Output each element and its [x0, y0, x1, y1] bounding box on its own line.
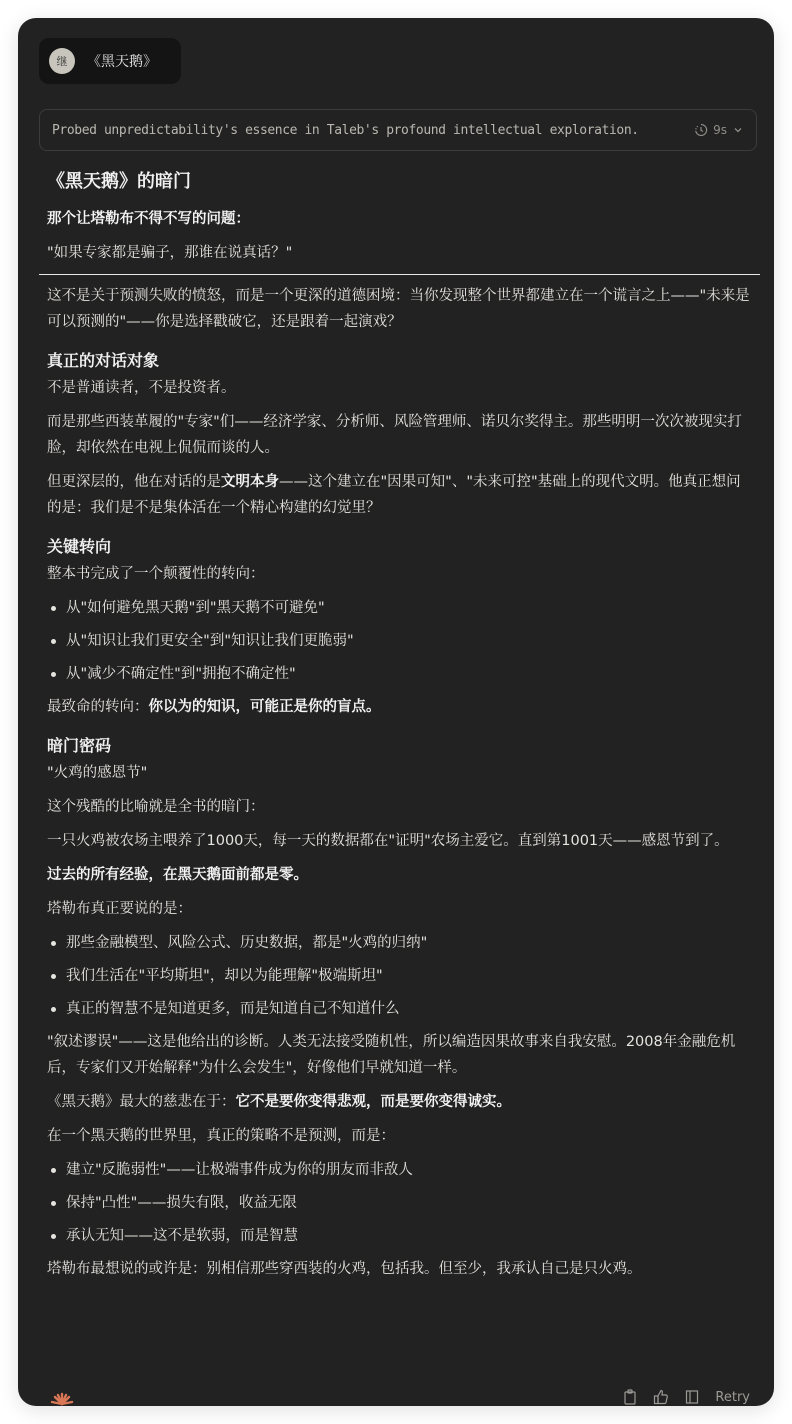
- user-message-pill[interactable]: 继 《黑天鹅》: [39, 38, 181, 84]
- paragraph: 而是那些西装革履的"专家"们——经济学家、分析师、风险管理师、诺贝尔奖得主。那些…: [47, 409, 752, 461]
- intro-paragraph: 这不是关于预测失败的愤怒，而是一个更深的道德困境：当你发现整个世界都建立在一个谎…: [47, 283, 752, 335]
- paragraph: 最致命的转向：你以为的知识，可能正是你的盲点。: [47, 694, 752, 720]
- list-item: 真正的智慧不是知道更多，而是知道自己不知道什么: [47, 996, 752, 1022]
- paragraph: 整本书完成了一个颠覆性的转向：: [47, 561, 752, 587]
- section-heading: 暗门密码: [47, 732, 752, 760]
- claude-spark-icon: [50, 1392, 74, 1406]
- text: 最致命的转向：: [47, 699, 149, 715]
- paragraph: "叙述谬误"——这是他给出的诊断。人类无法接受随机性，所以编造因果故事来自我安慰…: [47, 1029, 752, 1081]
- list-item: 承认无知——这不是软弱，而是智慧: [47, 1223, 752, 1249]
- thinking-summary-toggle[interactable]: Probed unpredictability's essence in Tal…: [39, 109, 757, 151]
- thumbs-down-icon[interactable]: [685, 1389, 699, 1405]
- message-actions: Retry: [623, 1389, 750, 1405]
- text: 但更深层的，他在对话的是: [47, 474, 221, 490]
- list-item: 从"减少不确定性"到"拥抱不确定性": [47, 661, 752, 687]
- bullet-list: 从"如何避免黑天鹅"到"黑天鹅不可避免" 从"知识让我们更安全"到"知识让我们更…: [47, 595, 752, 687]
- timer-icon: [694, 123, 708, 137]
- thinking-summary: Probed unpredictability's essence in Tal…: [52, 123, 639, 138]
- list-item: 我们生活在"平均斯坦"，却以为能理解"极端斯坦": [47, 963, 752, 989]
- bold-text: 文明本身: [221, 474, 279, 490]
- paragraph: 塔勒布最想说的或许是：别相信那些穿西装的火鸡，包括我。但至少，我承认自己是只火鸡…: [47, 1256, 752, 1282]
- chevron-down-icon[interactable]: [732, 124, 744, 136]
- response-title: 《黑天鹅》的暗门: [47, 168, 752, 196]
- thumbs-up-icon[interactable]: [653, 1389, 669, 1405]
- intro-quote: "如果专家都是骗子，那谁在说真话？": [47, 240, 752, 266]
- list-item: 从"知识让我们更安全"到"知识让我们更脆弱": [47, 628, 752, 654]
- text: 《黑天鹅》最大的慈悲在于：: [47, 1094, 236, 1110]
- list-item: 建立"反脆弱性"——让极端事件成为你的朋友而非敌人: [47, 1157, 752, 1183]
- paragraph: 《黑天鹅》最大的慈悲在于：它不是要你变得悲观，而是要你变得诚实。: [47, 1089, 752, 1115]
- divider: [39, 274, 760, 275]
- bold-text: 你以为的知识，可能正是你的盲点。: [149, 699, 381, 715]
- list-item: 保持"凸性"——损失有限，收益无限: [47, 1190, 752, 1216]
- paragraph: 一只火鸡被农场主喂养了1000天，每一天的数据都在"证明"农场主爱它。直到第10…: [47, 828, 752, 854]
- thinking-meta: 9s: [694, 123, 744, 137]
- retry-button[interactable]: Retry: [715, 1390, 750, 1405]
- conversation-title: 《黑天鹅》: [87, 51, 157, 71]
- chat-card: 继 《黑天鹅》 Probed unpredictability's essenc…: [18, 18, 774, 1406]
- thinking-duration: 9s: [713, 123, 727, 137]
- section-heading: 真正的对话对象: [47, 347, 752, 375]
- avatar: 继: [49, 48, 75, 74]
- intro-heading: 那个让塔勒布不得不写的问题：: [47, 206, 752, 232]
- paragraph: 但更深层的，他在对话的是文明本身——这个建立在"因果可知"、"未来可控"基础上的…: [47, 469, 752, 521]
- paragraph: 在一个黑天鹅的世界里，真正的策略不是预测，而是：: [47, 1123, 752, 1149]
- message-footer: Retry: [18, 1382, 774, 1406]
- bold-text: 它不是要你变得悲观，而是要你变得诚实。: [236, 1094, 512, 1110]
- list-item: 那些金融模型、风险公式、历史数据，都是"火鸡的归纳": [47, 930, 752, 956]
- list-item: 从"如何避免黑天鹅"到"黑天鹅不可避免": [47, 595, 752, 621]
- paragraph: 塔勒布真正要说的是：: [47, 896, 752, 922]
- bullet-list: 建立"反脆弱性"——让极端事件成为你的朋友而非敌人 保持"凸性"——损失有限，收…: [47, 1157, 752, 1249]
- paragraph: 这个残酷的比喻就是全书的暗门：: [47, 794, 752, 820]
- paragraph: 不是普通读者，不是投资者。: [47, 375, 752, 401]
- section-heading: 关键转向: [47, 533, 752, 561]
- paragraph: "火鸡的感恩节": [47, 760, 752, 786]
- paragraph: 过去的所有经验，在黑天鹅面前都是零。: [47, 862, 752, 888]
- response-content: 《黑天鹅》的暗门 那个让塔勒布不得不写的问题： "如果专家都是骗子，那谁在说真话…: [47, 168, 752, 1290]
- copy-icon[interactable]: [623, 1389, 637, 1405]
- bullet-list: 那些金融模型、风险公式、历史数据，都是"火鸡的归纳" 我们生活在"平均斯坦"，却…: [47, 930, 752, 1022]
